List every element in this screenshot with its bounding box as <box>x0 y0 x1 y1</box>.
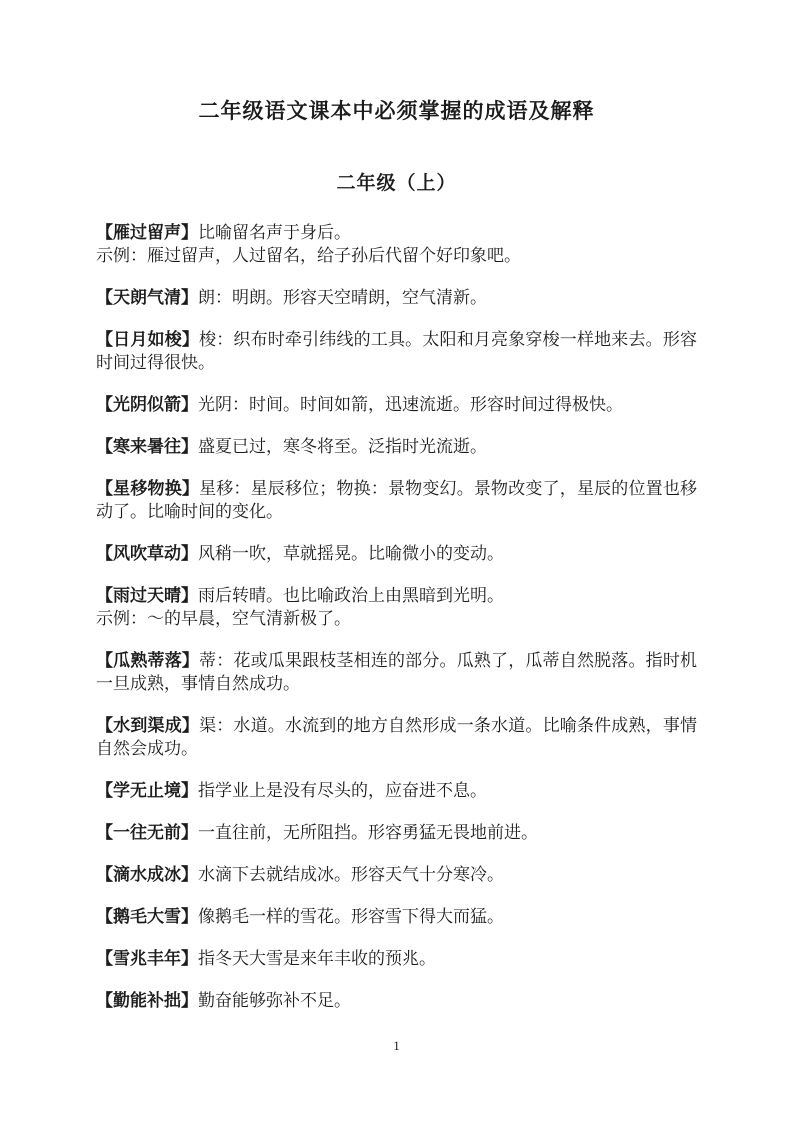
idiom-definition: 风稍一吹，草就摇晃。比喻微小的变动。 <box>198 544 504 563</box>
idiom-term: 【天朗气清】 <box>96 288 198 307</box>
idiom-entry: 【风吹草动】风稍一吹，草就摇晃。比喻微小的变动。 <box>96 542 697 565</box>
idiom-term: 【星移物换】 <box>96 479 199 498</box>
page-title: 二年级语文课本中必须掌握的成语及解释 <box>96 96 697 126</box>
idiom-term: 【一往无前】 <box>96 823 198 842</box>
idiom-definition: 像鹅毛一样的雪花。形容雪下得大而猛。 <box>198 907 504 926</box>
idiom-definition: 水滴下去就结成冰。形容天气十分寒冷。 <box>198 865 504 884</box>
idiom-term: 【雪兆丰年】 <box>96 949 198 968</box>
idiom-term: 【水到渠成】 <box>96 716 199 735</box>
idiom-definition: 指学业上是没有尽头的，应奋进不息。 <box>198 781 487 800</box>
idiom-entry: 【星移物换】星移：星辰移位；物换：景物变幻。景物改变了，星辰的位置也移动了。比喻… <box>96 477 697 523</box>
document-page: 二年级语文课本中必须掌握的成语及解释 二年级（上） 【雁过留声】比喻留名声于身后… <box>0 0 793 1122</box>
idiom-entry: 【天朗气清】朗：明朗。形容天空晴朗，空气清新。 <box>96 286 697 309</box>
idiom-example: 示例：～的早晨，空气清新极了。 <box>96 607 697 630</box>
idiom-definition: 指冬天大雪是来年丰收的预兆。 <box>198 949 436 968</box>
idiom-definition: 勤奋能够弥补不足。 <box>198 991 351 1010</box>
idiom-term: 【瓜熟蒂落】 <box>96 651 199 670</box>
idiom-entry: 【水到渠成】渠：水道。水流到的地方自然形成一条水道。比喻条件成熟，事情自然会成功… <box>96 714 697 760</box>
idiom-entry: 【寒来暑往】盛夏已过，寒冬将至。泛指时光流逝。 <box>96 435 697 458</box>
idiom-definition: 朗：明朗。形容天空晴朗，空气清新。 <box>198 288 487 307</box>
idiom-definition: 一直往前，无所阻挡。形容勇猛无畏地前进。 <box>198 823 538 842</box>
idiom-definition: 雨后转晴。也比喻政治上由黑暗到光明。 <box>198 586 504 605</box>
idiom-entry: 【雪兆丰年】指冬天大雪是来年丰收的预兆。 <box>96 947 697 970</box>
idiom-entry: 【瓜熟蒂落】蒂：花或瓜果跟枝茎相连的部分。瓜熟了，瓜蒂自然脱落。指时机一旦成熟，… <box>96 649 697 695</box>
idiom-example: 示例：雁过留声，人过留名，给子孙后代留个好印象吧。 <box>96 244 697 267</box>
idiom-entry: 【日月如梭】梭：织布时牵引纬线的工具。太阳和月亮象穿梭一样地来去。形容时间过得很… <box>96 328 697 374</box>
idiom-term: 【雨过天晴】 <box>96 586 198 605</box>
idiom-definition: 盛夏已过，寒冬将至。泛指时光流逝。 <box>198 437 487 456</box>
idiom-term: 【寒来暑往】 <box>96 437 198 456</box>
idiom-term: 【滴水成冰】 <box>96 865 198 884</box>
idiom-entry: 【滴水成冰】水滴下去就结成冰。形容天气十分寒冷。 <box>96 863 697 886</box>
idiom-entry: 【鹅毛大雪】像鹅毛一样的雪花。形容雪下得大而猛。 <box>96 905 697 928</box>
idiom-entry: 【雨过天晴】雨后转晴。也比喻政治上由黑暗到光明。示例：～的早晨，空气清新极了。 <box>96 584 697 630</box>
idiom-term: 【日月如梭】 <box>96 330 199 349</box>
idiom-entry: 【一往无前】一直往前，无所阻挡。形容勇猛无畏地前进。 <box>96 821 697 844</box>
idiom-entry: 【光阴似箭】光阴：时间。时间如箭，迅速流逝。形容时间过得极快。 <box>96 393 697 416</box>
idiom-term: 【勤能补拙】 <box>96 991 198 1010</box>
idiom-term: 【光阴似箭】 <box>96 395 198 414</box>
section-subtitle: 二年级（上） <box>96 171 697 197</box>
idiom-term: 【学无止境】 <box>96 781 198 800</box>
idiom-term: 【风吹草动】 <box>96 544 198 563</box>
idiom-definition: 比喻留名声于身后。 <box>198 223 351 242</box>
idiom-term: 【雁过留声】 <box>96 223 198 242</box>
idiom-list: 【雁过留声】比喻留名声于身后。示例：雁过留声，人过留名，给子孙后代留个好印象吧。… <box>96 221 697 1012</box>
idiom-entry: 【学无止境】指学业上是没有尽头的，应奋进不息。 <box>96 779 697 802</box>
idiom-entry: 【勤能补拙】勤奋能够弥补不足。 <box>96 989 697 1012</box>
idiom-entry: 【雁过留声】比喻留名声于身后。示例：雁过留声，人过留名，给子孙后代留个好印象吧。 <box>96 221 697 267</box>
page-number: 1 <box>0 1038 793 1054</box>
idiom-definition: 光阴：时间。时间如箭，迅速流逝。形容时间过得极快。 <box>198 395 623 414</box>
idiom-term: 【鹅毛大雪】 <box>96 907 198 926</box>
